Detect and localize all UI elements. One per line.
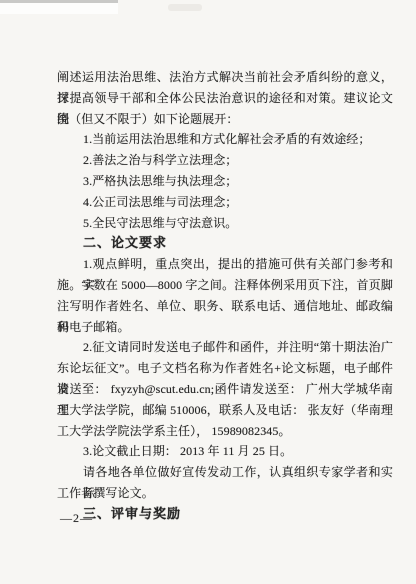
text-line: 注写明作者姓名、单位、职务、联系电话、通信地址、邮政编码 [57, 296, 393, 317]
text-line: 1.观点鲜明，重点突出，提出的措施可供有关部门参考和实 [57, 254, 393, 275]
text-line: 工大学法学院法学系主任）， 15989082345。 [57, 421, 393, 442]
document-body: 阐述运用法治思维、法治方式解决当前社会矛盾纠纷的意义，探讨提高领导干部和全体公民… [57, 67, 393, 525]
text-line: 发送至： fxyzyh@scut.edu.cn;函件请发送至： 广州大学城华南理 [57, 379, 393, 400]
text-line: 和电子邮箱。 [57, 317, 393, 338]
text-line: 施。字数在 5000—8000 字之间。注释体例采用页下注，首页脚 [57, 275, 393, 296]
text-line: 1.当前运用法治思维和方式化解社会矛盾的有效途经； [57, 129, 393, 150]
text-line: 二、论文要求 [57, 233, 393, 254]
text-line: 三、评审与奖励 [57, 504, 393, 525]
scan-edge-artifact [0, 0, 118, 14]
text-line: 4.公正司法思维与司法理念； [57, 192, 393, 213]
text-line: 请各地各单位做好宣传发动工作，认真组织专家学者和实际 [57, 462, 393, 483]
text-line: 3.严格执法思维与执法理念； [57, 171, 393, 192]
page-number: —2— [60, 511, 93, 526]
text-line: 工作者撰写论文。 [57, 483, 393, 504]
text-line: 5.全民守法思维与守法意识。 [57, 213, 393, 234]
text-line: 3.论文截止日期： 2013 年 11 月 25 日。 [57, 441, 393, 462]
text-line: 绕（但又不限于）如下论题展开： [57, 109, 393, 130]
text-line: 讨提高领导干部和全体公民法治意识的途径和对策。建议论文围 [57, 88, 393, 109]
text-line: 阐述运用法治思维、法治方式解决当前社会矛盾纠纷的意义，探 [57, 67, 393, 88]
text-line: 2.征文请同时发送电子邮件和函件，并注明“第十期法治广 [57, 337, 393, 358]
text-line: 2.善法之治与科学立法理念； [57, 150, 393, 171]
text-line: 工大学法学院，邮编 510006，联系人及电话： 张友好（华南理 [57, 400, 393, 421]
text-line: 东论坛征文”。电子文档名称为作者姓名+论文标题，电子邮件请 [57, 358, 393, 379]
scan-smudge-artifact [168, 4, 202, 11]
scanned-document-page: { "page": { "background_color": "#f7f6f3… [0, 0, 416, 584]
